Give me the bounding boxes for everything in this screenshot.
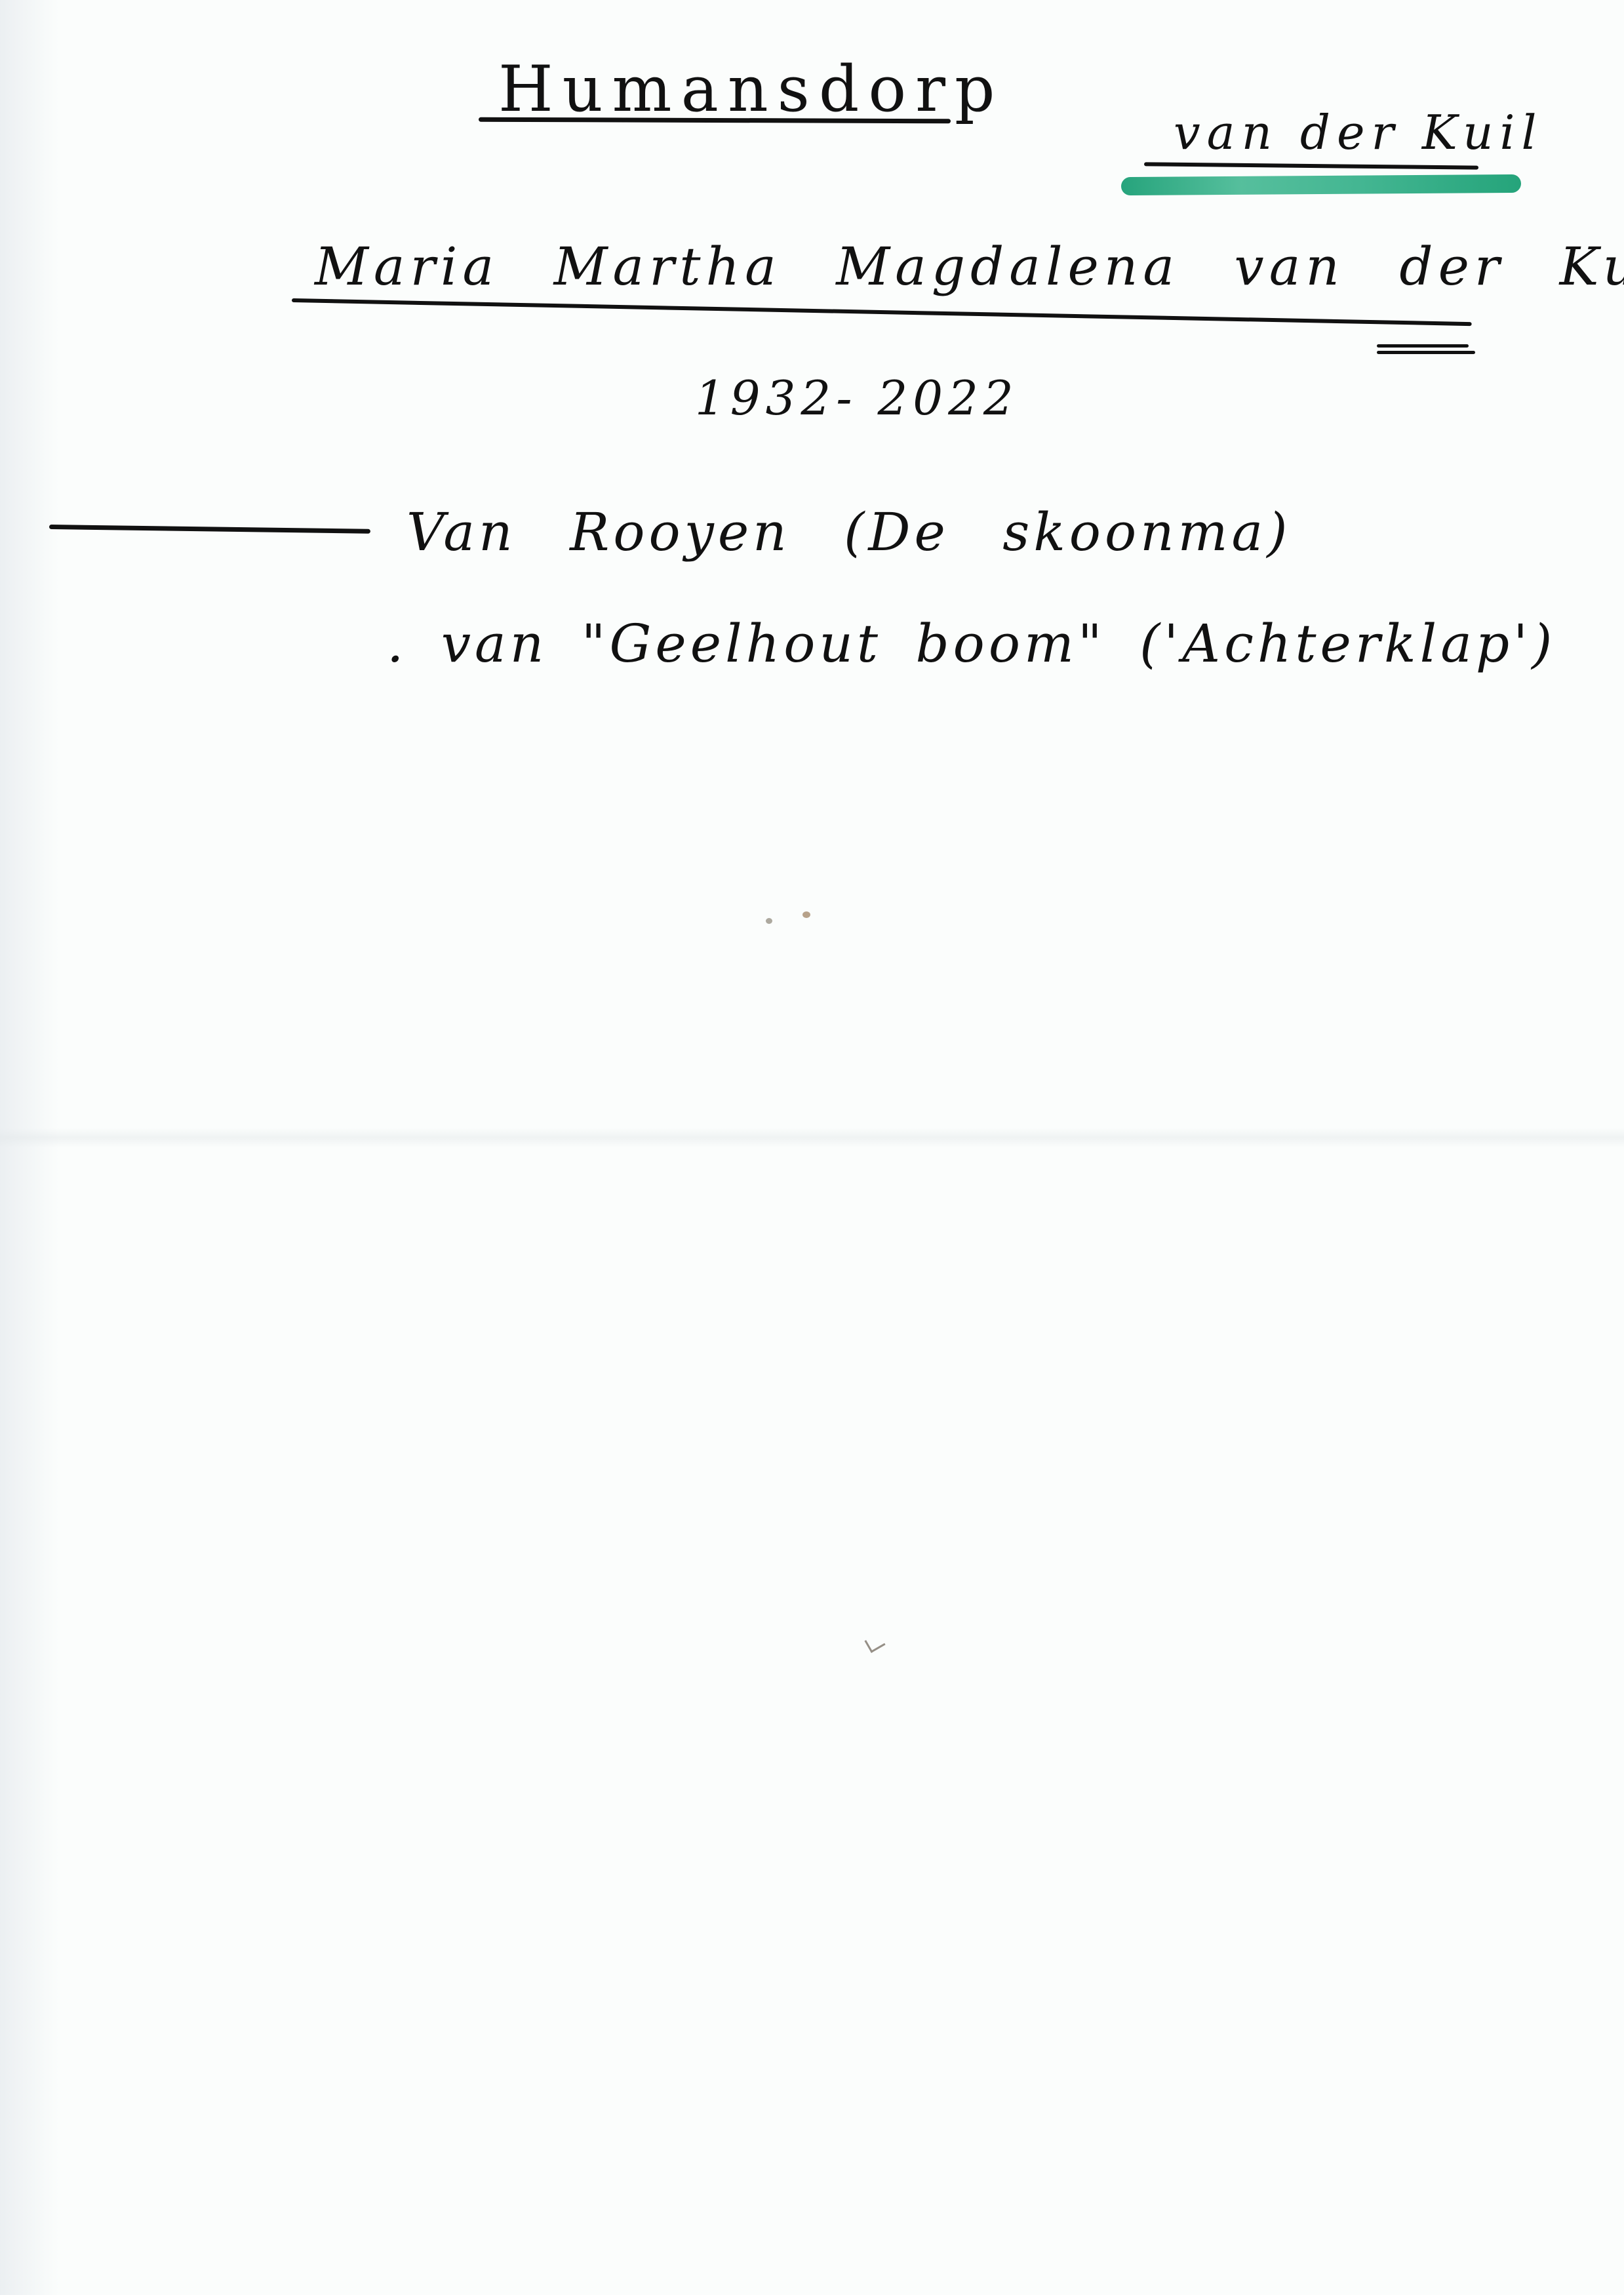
scanned-page: Humansdorp van der Kuil Maria Martha Mag… — [0, 0, 1624, 2295]
paper-speck — [802, 911, 810, 918]
full-name-underline — [292, 298, 1472, 326]
page-title: Humansdorp — [498, 52, 1004, 126]
life-years: 1932- 2022 — [695, 370, 1019, 426]
note-line-1: Van Rooyen (De skoonma) — [406, 502, 1291, 563]
surname-double-underline-2 — [1377, 351, 1475, 354]
surname-double-underline — [1377, 344, 1469, 348]
leader-line — [49, 525, 370, 534]
note-line-2: . van "Geelhout boom" ('Achterklap') — [387, 613, 1556, 674]
full-name: Maria Martha Magdalena van der Kuil — [315, 236, 1624, 297]
green-marker-highlight — [1121, 174, 1521, 195]
pencil-mark — [864, 1633, 885, 1653]
family-tag-underline — [1144, 162, 1478, 169]
family-tag: van der Kuil — [1174, 105, 1543, 160]
paper-speck — [766, 918, 772, 924]
